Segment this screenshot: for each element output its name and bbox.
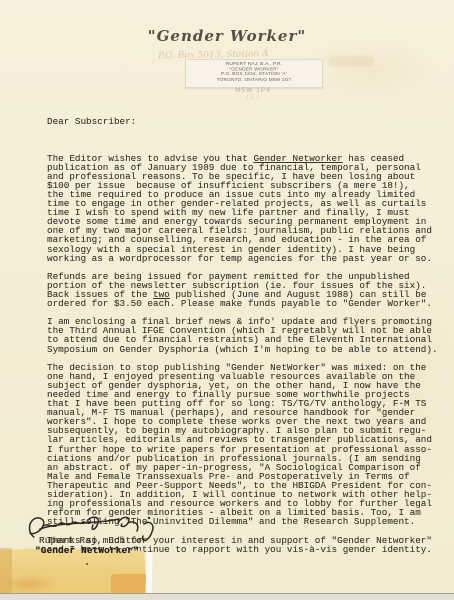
stray-ink-dot: [86, 563, 88, 565]
scan-edge: [0, 593, 454, 600]
letter-line: ordered for $3.50 each. Please make fund…: [47, 299, 439, 308]
organization-name: "Gender NetWorker": [35, 545, 139, 556]
letterhead-title: "Gender Worker": [0, 27, 454, 45]
faded-ink-smudge: [328, 56, 374, 66]
address-label-sticker: RUPERT RAJ, B.A., P.R. "GENDER WORKER" P…: [185, 59, 323, 88]
letter-body: Dear Subscriber: The Editor wishes to ad…: [47, 99, 439, 572]
scanned-letter-page: "Gender Worker" P.O. Box 5013, Station A…: [0, 0, 454, 600]
paragraphs: The Editor wishes to advise you that Gen…: [47, 144, 439, 553]
faded-postal-code: M5W 1P4: [185, 87, 321, 94]
letter-line: Symposium on Gender Dysphoria (which I'm…: [47, 345, 439, 354]
letter-line: working as a wordprocessor for temp agen…: [47, 254, 439, 263]
label-city-line: TORONTO, ONTARIO M5W 1G7: [186, 77, 322, 82]
salutation: Dear Subscriber:: [47, 117, 439, 126]
tape-stain-edge: [0, 548, 12, 598]
